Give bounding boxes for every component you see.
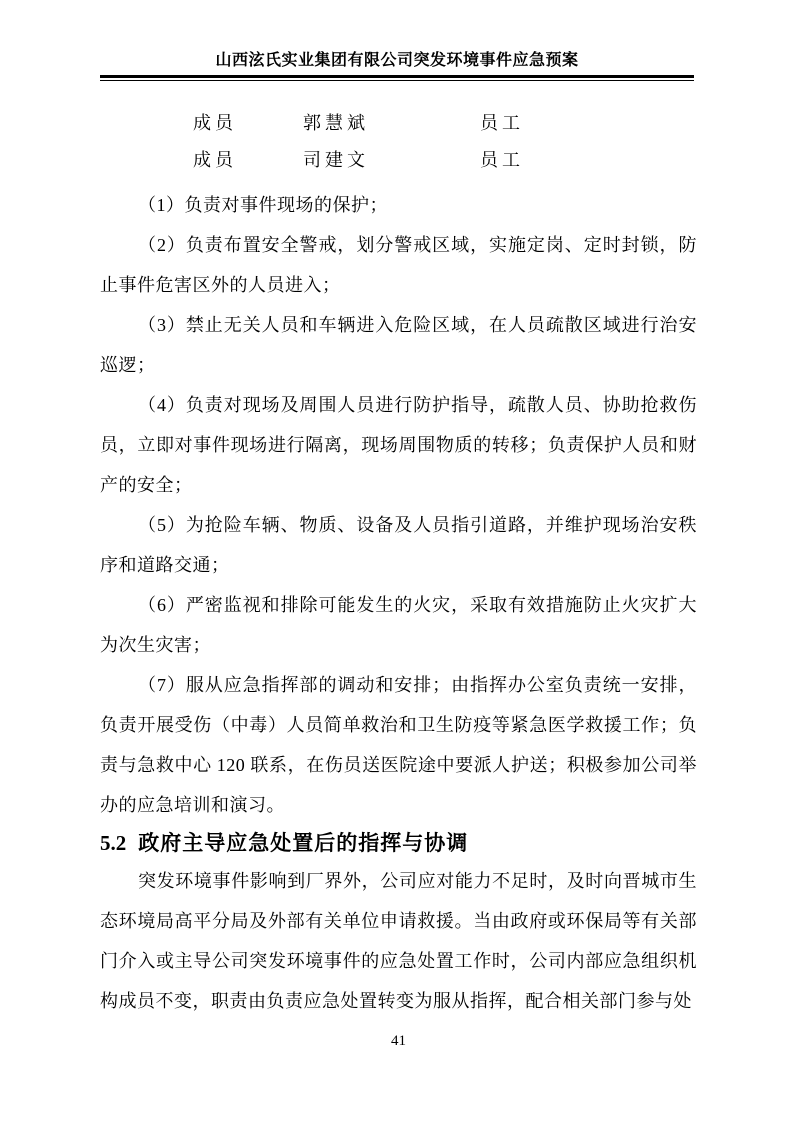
header-rule-thick [100, 75, 694, 78]
section-title: 政府主导应急处置后的指挥与协调 [138, 831, 468, 855]
section-heading: 5.2政府主导应急处置后的指挥与协调 [100, 825, 697, 861]
duty-item-2: （2）负责布置安全警戒，划分警戒区域，实施定岗、定时封锁，防止事件危害区外的人员… [100, 225, 697, 305]
duty-item-3: （3）禁止无关人员和车辆进入危险区域，在人员疏散区域进行治安巡逻； [100, 305, 697, 385]
document-page: 山西泫氏实业集团有限公司突发环境事件应急预案 成员 郭慧斌 员工 成员 司建文 … [0, 0, 794, 1123]
body-content: （1）负责对事件现场的保护； （2）负责布置安全警戒，划分警戒区域，实施定岗、定… [100, 185, 697, 1021]
member-title: 员工 [480, 146, 524, 172]
duty-item-4: （4）负责对现场及周围人员进行防护指导，疏散人员、协助抢救伤员，立即对事件现场进… [100, 385, 697, 505]
page-header: 山西泫氏实业集团有限公司突发环境事件应急预案 [100, 50, 694, 81]
duty-item-1: （1）负责对事件现场的保护； [100, 185, 697, 225]
member-name: 司建文 [303, 146, 369, 172]
member-table: 成员 郭慧斌 员工 成员 司建文 员工 [100, 103, 694, 177]
header-title: 山西泫氏实业集团有限公司突发环境事件应急预案 [100, 50, 694, 72]
member-role: 成员 [193, 146, 237, 172]
section-number: 5.2 [100, 831, 126, 855]
section-paragraph: 突发环境事件影响到厂界外，公司应对能力不足时，及时向晋城市生态环境局高平分局及外… [100, 861, 697, 1021]
duty-item-7: （7）服从应急指挥部的调动和安排；由指挥办公室负责统一安排，负责开展受伤（中毒）… [100, 665, 697, 825]
page-number: 41 [100, 1031, 697, 1051]
member-name: 郭慧斌 [303, 109, 369, 135]
member-role: 成员 [193, 109, 237, 135]
duty-item-5: （5）为抢险车辆、物质、设备及人员指引道路，并维护现场治安秩序和道路交通； [100, 505, 697, 585]
member-title: 员工 [480, 109, 524, 135]
table-row: 成员 郭慧斌 员工 [100, 103, 694, 140]
header-rule-thin [100, 80, 694, 82]
table-row: 成员 司建文 员工 [100, 140, 694, 177]
duty-item-6: （6）严密监视和排除可能发生的火灾，采取有效措施防止火灾扩大为次生灾害； [100, 585, 697, 665]
